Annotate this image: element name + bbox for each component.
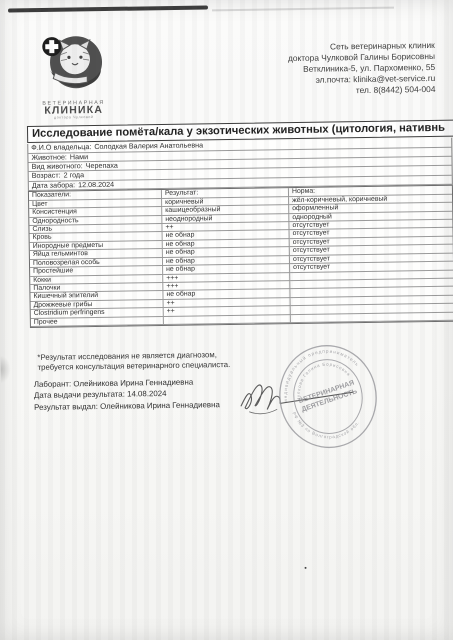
lab-signoff-block: Лаборант: Олейникова Ирина Геннадиевна Д… — [34, 376, 220, 413]
clinic-logo-icon — [41, 34, 106, 95]
field-label: Животное: — [31, 152, 67, 162]
round-stamp: индивидуальный предприниматель Чулкова Г… — [274, 340, 382, 454]
field-label: Вид животного: — [31, 161, 82, 171]
field-label: Дата забора: — [32, 180, 75, 190]
patient-fields: Ф.И.О владельца:Солодкая Валерия Анатоль… — [27, 138, 453, 191]
field-value: Нами — [70, 152, 88, 161]
disclaimer-line: требуется консультация ветеринарного спе… — [37, 360, 230, 372]
results-table: Показатели:Результат:Норма: Цветкоричнев… — [28, 185, 453, 328]
scanned-document-page: ВЕТЕРИНАРНАЯ КЛИНИКА доктора Чулковой Се… — [0, 0, 453, 640]
table-cell — [164, 315, 291, 325]
contact-line: тел. 8(8442) 504-004 — [288, 84, 435, 97]
clinic-logo: ВЕТЕРИНАРНАЯ КЛИНИКА доктора Чулковой — [34, 34, 113, 120]
field-value: Солодкая Валерия Анатольевна — [94, 141, 203, 152]
field-value: 12.08.2024 — [78, 179, 114, 189]
table-cell — [291, 312, 453, 323]
artifact-dot — [305, 567, 307, 569]
table-cell: Прочее — [31, 317, 164, 327]
field-value: 2 года — [64, 171, 85, 180]
disclaimer-note: *Результат исследования не является диаг… — [37, 350, 230, 372]
issued-by-line: Результат выдал: Олейникова Ирина Геннад… — [34, 399, 220, 413]
clinic-contact-block: Сеть ветеринарных клиник доктора Чулково… — [288, 40, 436, 97]
table-body: Цветкоричневыйжёл-коричневый, коричневый… — [29, 194, 453, 327]
field-label: Ф.И.О владельца: — [31, 142, 91, 152]
edge-smudge — [0, 355, 10, 383]
field-label: Возраст: — [32, 171, 61, 180]
field-value: Черепаха — [86, 161, 118, 170]
